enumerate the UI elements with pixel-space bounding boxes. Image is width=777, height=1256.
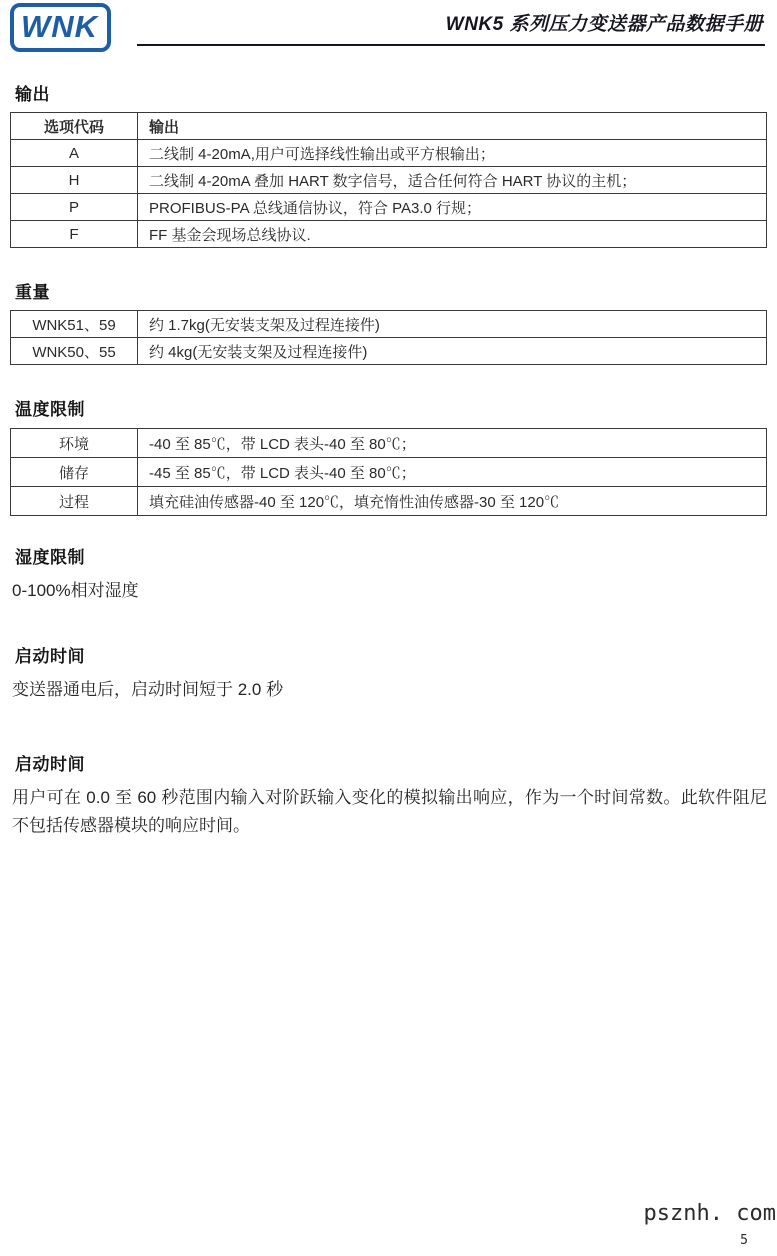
section-title-startup-time: 启动时间 xyxy=(15,642,767,667)
section-title-temperature: 温度限制 xyxy=(15,395,767,420)
temp-item-cell: 储存 xyxy=(11,458,138,487)
startup-time-text: 变送器通电后，启动时间短于 2.0 秒 xyxy=(12,676,767,704)
page-content: 输出 选项代码 输出 A 二线制 4-20mA,用户可选择线性输出或平方根输出；… xyxy=(0,80,777,840)
option-code-cell: F xyxy=(11,221,138,248)
temp-item-cell: 环境 xyxy=(11,429,138,458)
table-row: P PROFIBUS-PA 总线通信协议，符合 PA3.0 行规； xyxy=(11,194,767,221)
option-desc-cell: 二线制 4-20mA,用户可选择线性输出或平方根输出； xyxy=(138,140,767,167)
output-table: 选项代码 输出 A 二线制 4-20mA,用户可选择线性输出或平方根输出； H … xyxy=(10,112,767,248)
temp-desc-cell: 填充硅油传感器-40 至 120℃，填充惰性油传感器-30 至 120℃ xyxy=(138,487,767,516)
table-row: 环境 -40 至 85℃，带 LCD 表头-40 至 80℃； xyxy=(11,429,767,458)
page-number: 5 xyxy=(740,1233,748,1248)
option-code-cell: P xyxy=(11,194,138,221)
section-weight: 重量 WNK51、59 约 1.7kg(无安装支架及过程连接件) WNK50、5… xyxy=(10,278,767,365)
table-row: 过程 填充硅油传感器-40 至 120℃，填充惰性油传感器-30 至 120℃ xyxy=(11,487,767,516)
doc-title: WNK5 系列压力变送器产品数据手册 xyxy=(446,14,763,35)
section-title-damping-time: 启动时间 xyxy=(15,750,767,775)
humidity-text: 0-100%相对湿度 xyxy=(12,577,767,605)
temp-desc-cell: -45 至 85℃，带 LCD 表头-40 至 80℃； xyxy=(138,458,767,487)
table-row: F FF 基金会现场总线协议. xyxy=(11,221,767,248)
wnk-logo: WNK xyxy=(10,3,111,52)
option-code-cell: H xyxy=(11,167,138,194)
option-desc-cell: PROFIBUS-PA 总线通信协议，符合 PA3.0 行规； xyxy=(138,194,767,221)
table-row: 储存 -45 至 85℃，带 LCD 表头-40 至 80℃； xyxy=(11,458,767,487)
page-header: WNK WNK5 系列压力变送器产品数据手册 xyxy=(0,0,777,52)
temp-item-cell: 过程 xyxy=(11,487,138,516)
model-cell: WNK50、55 xyxy=(11,338,138,365)
section-output: 输出 选项代码 输出 A 二线制 4-20mA,用户可选择线性输出或平方根输出；… xyxy=(10,80,767,248)
model-cell: WNK51、59 xyxy=(11,311,138,338)
option-desc-cell: FF 基金会现场总线协议. xyxy=(138,221,767,248)
header-title-block: WNK5 系列压力变送器产品数据手册 xyxy=(137,5,765,46)
weight-desc-cell: 约 4kg(无安装支架及过程连接件) xyxy=(138,338,767,365)
section-temperature: 温度限制 环境 -40 至 85℃，带 LCD 表头-40 至 80℃； 储存 … xyxy=(10,395,767,516)
table-row: WNK50、55 约 4kg(无安装支架及过程连接件) xyxy=(11,338,767,365)
option-desc-cell: 二线制 4-20mA 叠加 HART 数字信号，适合任何符合 HART 协议的主… xyxy=(138,167,767,194)
option-code-cell: A xyxy=(11,140,138,167)
output-table-header-row: 选项代码 输出 xyxy=(11,113,767,140)
table-row: A 二线制 4-20mA,用户可选择线性输出或平方根输出； xyxy=(11,140,767,167)
document-page: WNK WNK5 系列压力变送器产品数据手册 输出 选项代码 输出 A 二线制 … xyxy=(0,0,777,840)
damping-time-text: 用户可在 0.0 至 60 秒范围内输入对阶跃输入变化的模拟输出响应，作为一个时… xyxy=(12,784,767,840)
watermark-text: psznh. com xyxy=(644,1201,776,1226)
section-title-output: 输出 xyxy=(15,80,767,105)
table-row: WNK51、59 约 1.7kg(无安装支架及过程连接件) xyxy=(11,311,767,338)
section-title-weight: 重量 xyxy=(15,278,767,303)
section-startup-time: 启动时间 变送器通电后，启动时间短于 2.0 秒 xyxy=(10,642,767,704)
col-header-option-code: 选项代码 xyxy=(11,113,138,140)
weight-table: WNK51、59 约 1.7kg(无安装支架及过程连接件) WNK50、55 约… xyxy=(10,310,767,365)
table-row: H 二线制 4-20mA 叠加 HART 数字信号，适合任何符合 HART 协议… xyxy=(11,167,767,194)
weight-desc-cell: 约 1.7kg(无安装支架及过程连接件) xyxy=(138,311,767,338)
section-damping-time: 启动时间 用户可在 0.0 至 60 秒范围内输入对阶跃输入变化的模拟输出响应，… xyxy=(10,750,767,840)
temperature-table: 环境 -40 至 85℃，带 LCD 表头-40 至 80℃； 储存 -45 至… xyxy=(10,428,767,516)
temp-desc-cell: -40 至 85℃，带 LCD 表头-40 至 80℃； xyxy=(138,429,767,458)
section-humidity: 湿度限制 0-100%相对湿度 xyxy=(10,543,767,605)
col-header-output: 输出 xyxy=(138,113,767,140)
section-title-humidity: 湿度限制 xyxy=(15,543,767,568)
